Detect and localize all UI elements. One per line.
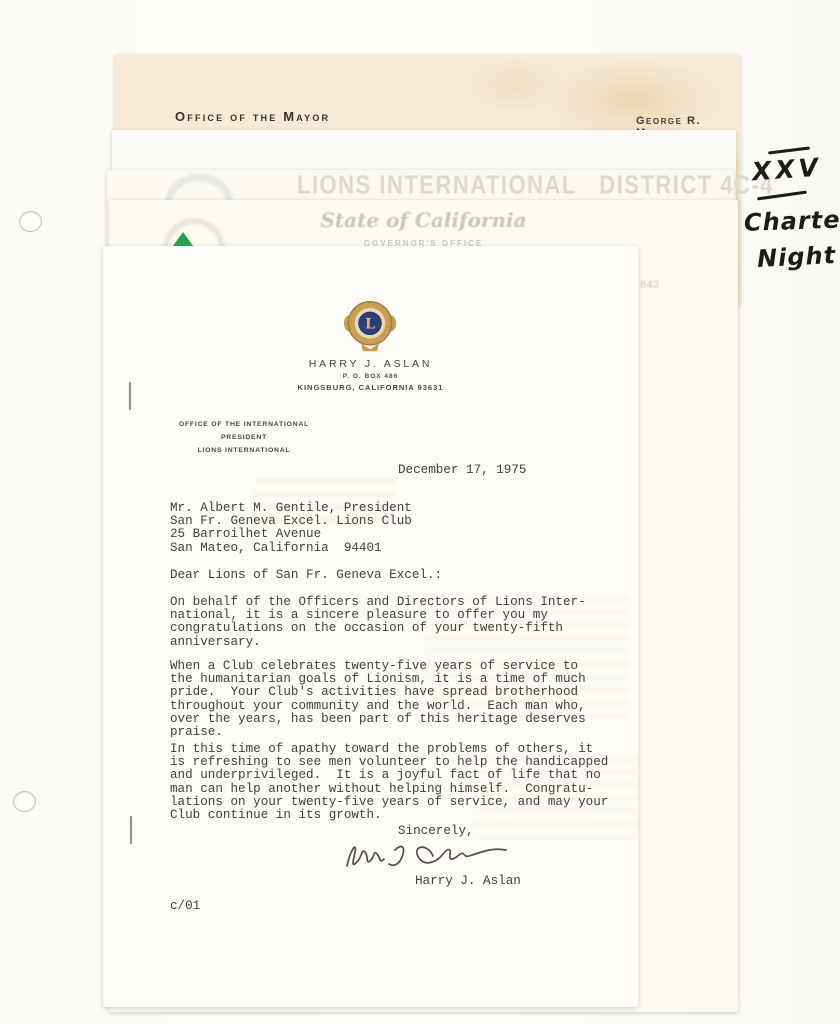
- staple-mark: [129, 382, 131, 410]
- letter-paragraph: When a Club celebrates twenty-five years…: [170, 660, 586, 739]
- letter-date: December 17, 1975: [398, 464, 526, 477]
- lions-international-emblem-icon: L: [343, 298, 397, 354]
- annotation-charter: Charter: [744, 205, 840, 237]
- letterhead-city: KINGSBURG, CALIFORNIA 93631: [103, 383, 638, 392]
- letterhead-po-box: P. O. BOX 486: [103, 373, 638, 380]
- mayor-office-label: Office of the Mayor: [175, 109, 330, 124]
- district-heading: LIONS INTERNATIONAL DISTRICT 4C-4: [297, 170, 774, 201]
- annotation-numeral: XXV: [751, 153, 823, 187]
- letter-paragraph: On behalf of the Officers and Directors …: [170, 596, 586, 649]
- aslan-letter-sheet: L HARRY J. ASLAN P. O. BOX 486 KINGSBURG…: [103, 246, 638, 1007]
- letterhead-office-block: OFFICE OF THE INTERNATIONAL PRESIDENT LI…: [158, 418, 330, 457]
- recipient-address: Mr. Albert M. Gentile, President San Fr.…: [170, 502, 412, 555]
- scrapbook-page: Office of the Mayor George R. Moscone LI…: [0, 0, 840, 1024]
- reference-initials: c/01: [170, 900, 200, 913]
- letter-paragraph: In this time of apathy toward the proble…: [170, 743, 608, 822]
- letterhead-name: HARRY J. ASLAN: [103, 358, 638, 370]
- hole-punch-bottom: [12, 790, 36, 813]
- svg-text:L: L: [365, 316, 375, 333]
- salutation: Dear Lions of San Fr. Geneva Excel.:: [170, 569, 442, 582]
- signature-handwriting: [341, 836, 511, 878]
- hole-punch-top: [18, 210, 44, 234]
- staple-mark: [130, 816, 132, 844]
- annotation-night: Night: [756, 241, 836, 273]
